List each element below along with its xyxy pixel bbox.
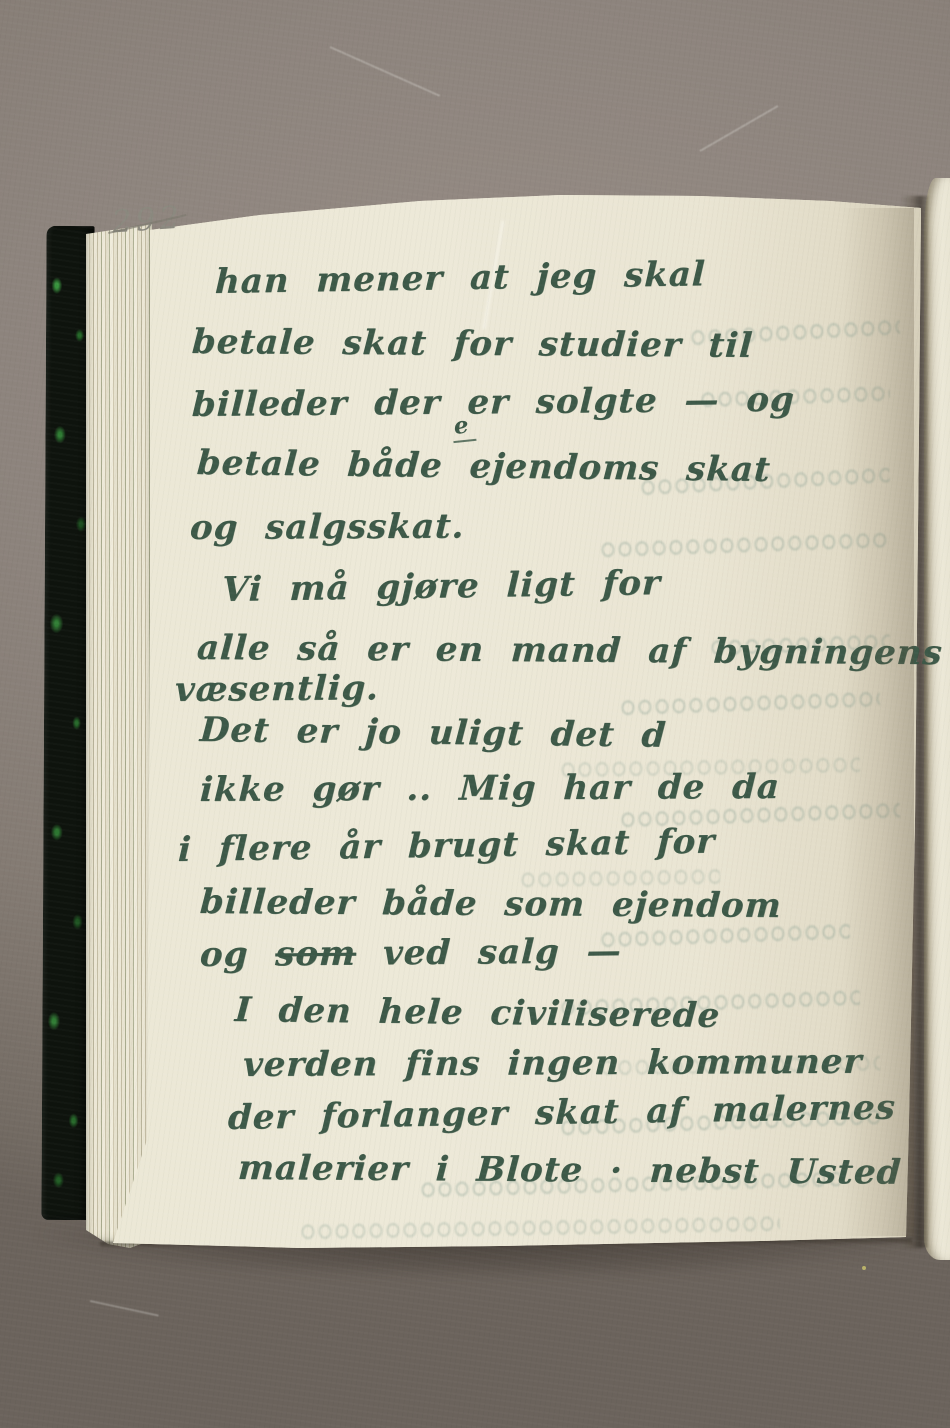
dust-fiber [90, 1300, 159, 1317]
handwriting-line: ikke gør .. Mig har de da [199, 767, 781, 810]
handwriting-line: og salgsskat. [189, 507, 465, 548]
handwriting-line: han mener at jeg skal [214, 254, 706, 302]
page-number: 292 [111, 200, 185, 241]
dust-fiber [330, 46, 440, 97]
handwriting-line: I den hele civiliserede [234, 990, 722, 1036]
page-number-text: 292 [111, 200, 185, 241]
handwriting-line: alle så er en mand af bygningens [196, 628, 944, 673]
handwriting-line: og som ved salg — [199, 931, 622, 975]
handwriting-line: malerier i Blote · nebst Usted [237, 1148, 903, 1193]
dust-fiber [700, 105, 779, 152]
insertion-correction: e [450, 411, 476, 443]
handwriting-line: betale skat for studier til [191, 322, 754, 366]
handwriting-line: Det er jo uligt det d [199, 710, 668, 756]
handwriting-line: betale både ejendoms skat [196, 443, 772, 490]
handwriting-line: Vi må gjøre ligt for [221, 563, 661, 610]
photographed-notebook-scene: 292 han mener at jeg skalbetale skat for… [0, 0, 950, 1428]
handwriting-line: i flere år brugt skat for [177, 822, 716, 870]
handwriting-line: verden fins ingen kommuner [242, 1042, 863, 1085]
handwriting-line: billeder der er solgte — og [191, 380, 796, 425]
handwriting-line: billeder både som ejendom [199, 882, 783, 926]
page-edge-stack [86, 218, 152, 1248]
handwriting-line: væsentlig. [174, 668, 380, 710]
